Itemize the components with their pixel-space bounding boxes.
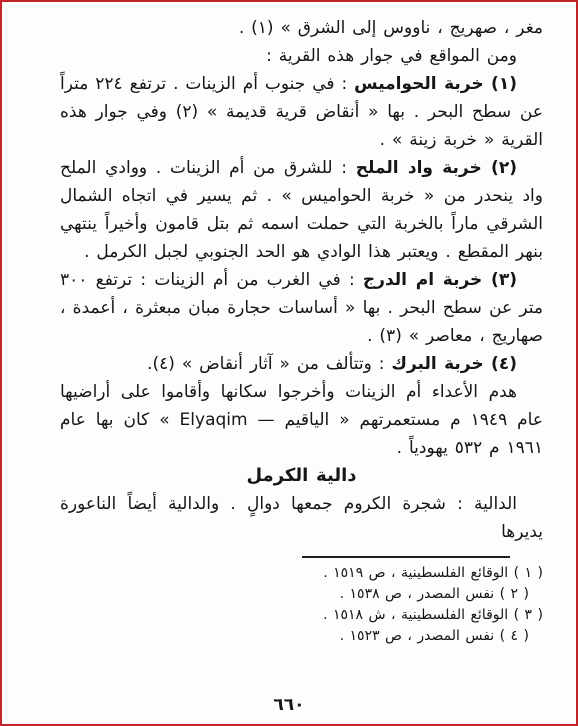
footnote-3: ( ٣ ) الوقائع الفلسطينية ، ش ١٥١٨ . xyxy=(60,605,543,626)
site-name-1: (١) خربة الحواميس xyxy=(354,74,517,94)
continuation-line: مغر ، صهريج ، ناووس إلى الشرق » (١) . xyxy=(60,14,543,42)
footnote-1: ( ١ ) الوقائع الفلسطينية ، ص ١٥١٩ . xyxy=(60,563,543,584)
closing-paragraph: هدم الأعداء أم الزينات وأخرجوا سكانها وأ… xyxy=(60,378,543,462)
footnote-2: ( ٢ ) نفس المصدر ، ص ١٥٣٨ . xyxy=(60,584,543,605)
site-name-2: (٢) خربة واد الملح xyxy=(356,158,517,178)
page-number: ٦٦٠ xyxy=(2,695,576,715)
footnote-4: ( ٤ ) نفس المصدر ، ص ١٥٢٣ . xyxy=(60,626,543,647)
section-heading: دالية الكرمل xyxy=(60,462,543,490)
intro-line: ومن المواقع في جوار هذه القرية : xyxy=(60,42,543,70)
page-content: مغر ، صهريج ، ناووس إلى الشرق » (١) . وم… xyxy=(2,2,576,647)
site-paragraph-3: (٣) خربة ام الدرج : في الغرب من أم الزين… xyxy=(60,266,543,350)
footnote-separator xyxy=(302,556,510,558)
section-first-paragraph: الدالية : شجرة الكروم جمعها دوالٍ . والد… xyxy=(60,490,543,546)
site-paragraph-4: (٤) خربة البرك : وتتألف من « آثار أنقاض … xyxy=(60,350,543,378)
site-name-3: (٣) خربة ام الدرج xyxy=(363,270,517,290)
site-text-4: : وتتألف من « آثار أنقاض » (٤). xyxy=(147,354,391,374)
site-paragraph-2: (٢) خربة واد الملح : للشرق من أم الزينات… xyxy=(60,154,543,266)
site-paragraph-1: (١) خربة الحواميس : في جنوب أم الزينات .… xyxy=(60,70,543,154)
site-name-4: (٤) خربة البرك xyxy=(391,354,517,374)
scanned-page: مغر ، صهريج ، ناووس إلى الشرق » (١) . وم… xyxy=(0,0,578,726)
footnotes-block: ( ١ ) الوقائع الفلسطينية ، ص ١٥١٩ . ( ٢ … xyxy=(60,563,543,647)
